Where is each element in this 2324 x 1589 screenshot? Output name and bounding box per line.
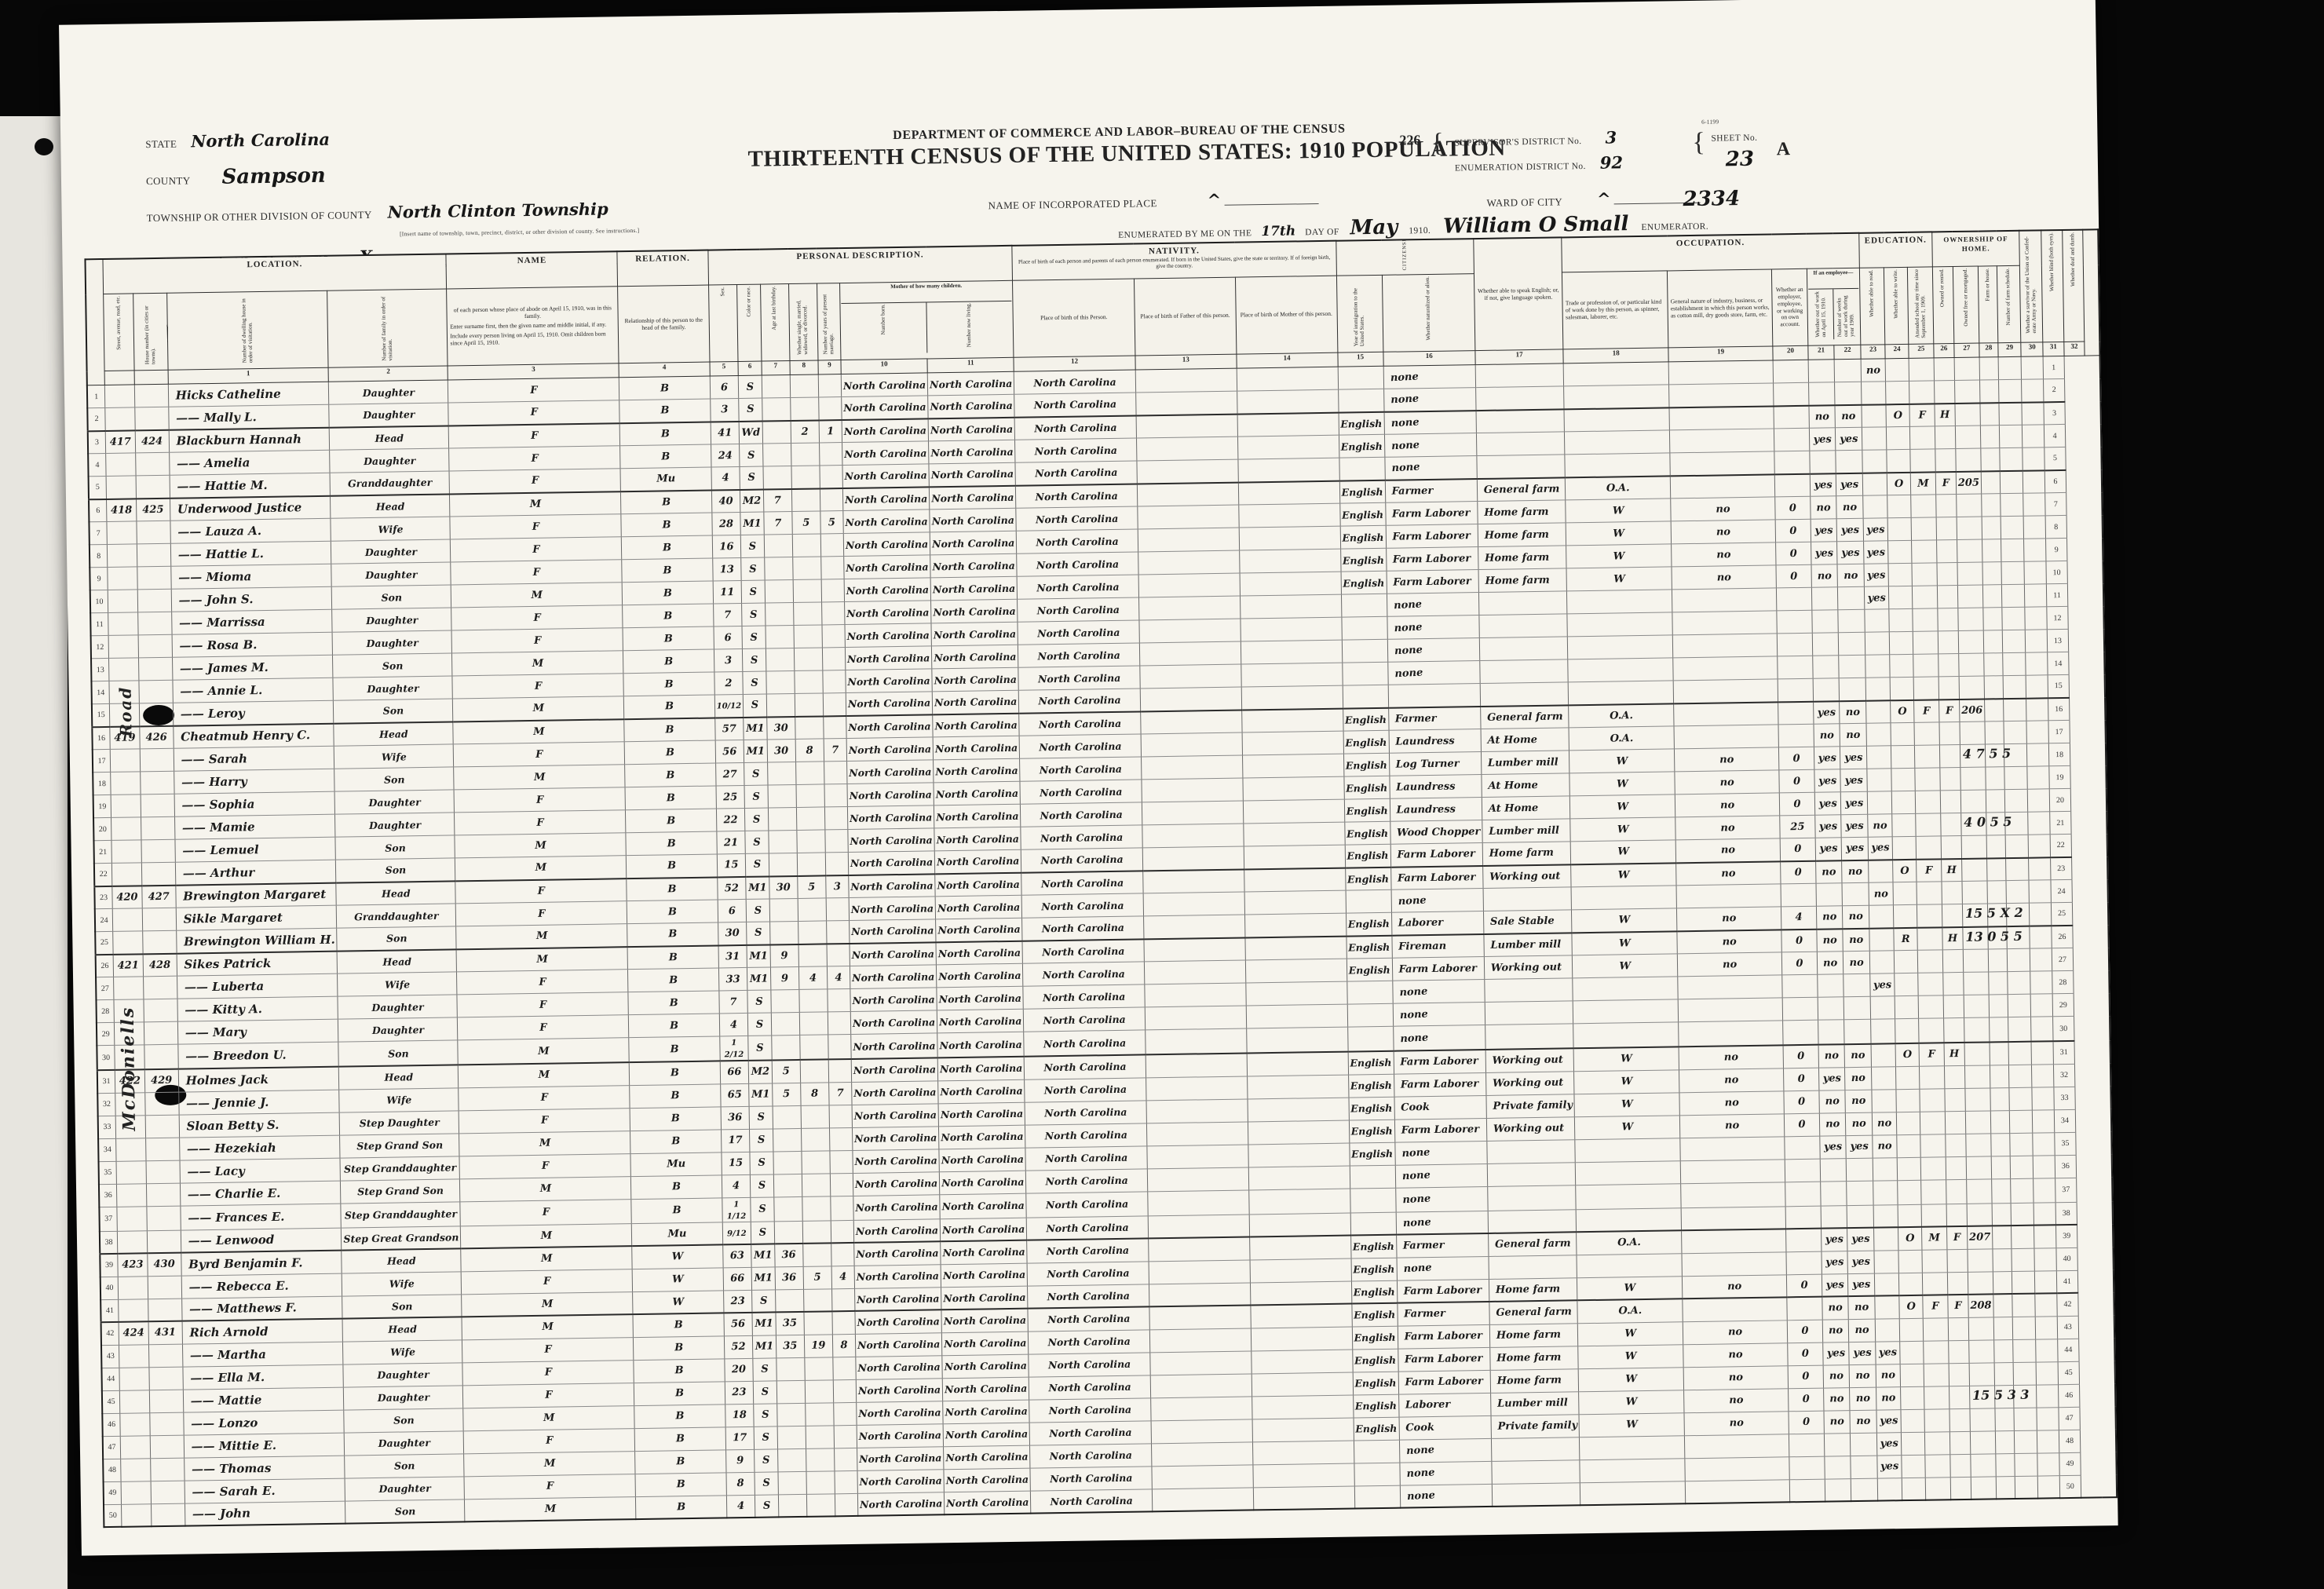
cell-fs bbox=[1955, 403, 1981, 426]
cell-rel: Head bbox=[336, 881, 455, 905]
cell-fam: 427 bbox=[141, 885, 175, 908]
cell-eng: English bbox=[1344, 798, 1390, 822]
cell-fm bbox=[1910, 449, 1935, 472]
cell-sex: F bbox=[457, 992, 628, 1017]
cell-rd: no bbox=[1811, 496, 1837, 519]
cell-fh: F bbox=[1935, 472, 1956, 495]
cell-name: Hicks Catheline bbox=[168, 382, 329, 407]
cell-trade: Farm Laborer bbox=[1397, 1279, 1489, 1303]
cell-dw bbox=[105, 407, 135, 431]
cell-rd bbox=[1818, 974, 1844, 997]
row-number: 15 bbox=[92, 703, 110, 726]
cell-ind: Home farm bbox=[1490, 1346, 1579, 1370]
cell-cl bbox=[820, 534, 844, 557]
cell-col: B bbox=[633, 1313, 724, 1337]
cell-yrs: 7 bbox=[764, 512, 792, 535]
cell-rd: yes bbox=[1811, 519, 1837, 542]
cell-bl bbox=[2004, 766, 2028, 789]
cell-rd: yes bbox=[1823, 1342, 1850, 1364]
cell-mar: S bbox=[750, 1151, 773, 1174]
cell-trade: none bbox=[1395, 1186, 1488, 1212]
cell-emp bbox=[1577, 1253, 1682, 1277]
cell-cb bbox=[805, 1379, 833, 1403]
cell-own bbox=[1888, 563, 1912, 586]
cell-bl bbox=[2001, 493, 2024, 516]
cell-ind: Home farm bbox=[1478, 546, 1566, 570]
cell-wr: no bbox=[1845, 1090, 1872, 1112]
cell-mar: S bbox=[741, 580, 765, 603]
cell-own: O bbox=[1891, 700, 1914, 722]
cell-eng bbox=[1346, 889, 1391, 913]
cell-name: —— James M. bbox=[172, 655, 333, 680]
cell-eng: English bbox=[1353, 1394, 1398, 1418]
cell-eng: English bbox=[1348, 1074, 1394, 1098]
cell-trade: none bbox=[1383, 365, 1476, 389]
cell-eng bbox=[1347, 1026, 1393, 1051]
cell-col: B bbox=[627, 877, 718, 901]
cell-age: 56 bbox=[715, 740, 744, 763]
row-number: 33 bbox=[98, 1116, 116, 1138]
cell-bl bbox=[2011, 1203, 2034, 1226]
cell-fam bbox=[141, 816, 174, 840]
cell-bp1: North Carolina bbox=[857, 1423, 944, 1448]
supervisor-value: 3 bbox=[1605, 127, 1617, 147]
cell-nat bbox=[1245, 936, 1347, 960]
cell-fam bbox=[136, 475, 170, 499]
cell-yrs bbox=[778, 1494, 806, 1518]
cell-rd bbox=[1825, 1478, 1851, 1501]
cell-rel: Daughter bbox=[335, 790, 455, 814]
cell-fh bbox=[1939, 744, 1960, 767]
row-number: 34 bbox=[98, 1138, 116, 1161]
cell-imm bbox=[1138, 573, 1240, 597]
cell-ind bbox=[1483, 887, 1572, 911]
cell-df bbox=[2036, 1361, 2058, 1384]
row-number: 37 bbox=[2055, 1178, 2077, 1202]
cell-bp3: North Carolina bbox=[1023, 984, 1145, 1009]
cell-fs bbox=[1968, 1317, 1994, 1339]
cell-rd: no bbox=[1819, 1090, 1846, 1112]
cell-col: Mu bbox=[632, 1222, 723, 1246]
cell-eng bbox=[1350, 1188, 1395, 1213]
cell-bp1: North Carolina bbox=[857, 1469, 945, 1493]
cell-eng: English bbox=[1339, 480, 1385, 503]
cell-name: —— John bbox=[185, 1501, 345, 1526]
cell-fh: H bbox=[1941, 858, 1961, 881]
cell-rd: no bbox=[1823, 1364, 1850, 1387]
cell-imm bbox=[1136, 414, 1237, 438]
cell-mar: S bbox=[754, 1426, 777, 1448]
cell-sex: F bbox=[451, 628, 623, 653]
cell-bp2: North Carolina bbox=[943, 1400, 1030, 1424]
cell-vet bbox=[1984, 676, 2003, 699]
cell-bp1: North Carolina bbox=[852, 1126, 939, 1150]
cell-bp2: North Carolina bbox=[928, 394, 1015, 418]
cell-fm: M bbox=[1922, 1226, 1947, 1249]
cell-own bbox=[1891, 722, 1914, 745]
cell-ow: no bbox=[1672, 565, 1776, 590]
cell-rd: no bbox=[1817, 929, 1843, 952]
cell-rd bbox=[1813, 678, 1840, 701]
cell-fs bbox=[1957, 562, 1983, 585]
column-number: 21 bbox=[1808, 345, 1835, 360]
cell-bp2: North Carolina bbox=[936, 918, 1023, 942]
cell-bp2: North Carolina bbox=[930, 531, 1017, 555]
row-number: 1 bbox=[2043, 356, 2064, 378]
cell-df bbox=[2031, 1041, 2053, 1064]
cell-yrs bbox=[776, 1380, 805, 1404]
cell-fs bbox=[1967, 1203, 1993, 1226]
cell-yrs: 7 bbox=[763, 489, 791, 513]
cell-cb bbox=[795, 716, 823, 740]
column-number: 24 bbox=[1885, 344, 1909, 358]
cell-bp3: North Carolina bbox=[1020, 757, 1142, 781]
cell-emp: W bbox=[1579, 1367, 1684, 1391]
cell-wr: yes bbox=[1836, 427, 1862, 450]
row-number: 20 bbox=[2049, 788, 2070, 811]
cell-sex: M bbox=[453, 696, 624, 721]
cell-ind bbox=[1480, 682, 1569, 707]
column-head-sex: Sex. bbox=[708, 285, 738, 363]
cell-trade: none bbox=[1399, 1461, 1492, 1485]
cell-yrs bbox=[765, 602, 793, 626]
cell-ow: no bbox=[1672, 542, 1776, 567]
cell-eng: English bbox=[1339, 502, 1385, 526]
cell-cl: 1 bbox=[819, 420, 842, 443]
row-number: 29 bbox=[2052, 993, 2074, 1016]
cell-sex: F bbox=[450, 514, 621, 539]
cell-rel: Daughter bbox=[329, 403, 448, 427]
cell-bl bbox=[2012, 1294, 2036, 1317]
cell-fh bbox=[1950, 1454, 1971, 1477]
cell-name: —— Jennie J. bbox=[178, 1090, 339, 1115]
cell-fs bbox=[1969, 1362, 1995, 1385]
cell-cb: 2 bbox=[791, 420, 819, 444]
cell-rd: yes bbox=[1809, 428, 1836, 451]
cell-bp3: North Carolina bbox=[1022, 916, 1144, 941]
cell-bl bbox=[2008, 971, 2031, 994]
cell-ind: Working out bbox=[1484, 955, 1573, 980]
cell-fs bbox=[1954, 380, 1980, 403]
cell-sex: F bbox=[458, 1015, 629, 1040]
cell-name: —— Frances E. bbox=[181, 1204, 342, 1230]
cell-emp: W bbox=[1566, 567, 1672, 591]
column-head-employee: If an employee—Wheth­er out of work on A… bbox=[1807, 268, 1860, 345]
enumerator-name: William O Small bbox=[1443, 212, 1629, 239]
cell-bp1: North Carolina bbox=[852, 1103, 939, 1127]
cell-bp3: North Carolina bbox=[1027, 1238, 1149, 1262]
cell-own bbox=[1900, 1341, 1924, 1364]
cell-yrs bbox=[762, 421, 791, 444]
cell-name: —— Martha bbox=[182, 1342, 343, 1367]
cell-ow bbox=[1682, 1229, 1786, 1253]
row-number: 19 bbox=[2049, 765, 2070, 788]
scan-left-margin bbox=[0, 116, 68, 1589]
cell-fm bbox=[1922, 1272, 1947, 1295]
cell-ind bbox=[1487, 1139, 1576, 1163]
cell-bp1: North Carolina bbox=[853, 1171, 940, 1196]
cell-rd: no bbox=[1816, 906, 1843, 929]
cell-df bbox=[2028, 789, 2050, 812]
cell-wk: 0 bbox=[1775, 519, 1811, 542]
cell-ow bbox=[1685, 1434, 1789, 1458]
cell-name: —— Lonzo bbox=[183, 1410, 344, 1435]
row-number: 31 bbox=[97, 1070, 115, 1093]
cell-df bbox=[2027, 766, 2049, 789]
cell-own bbox=[1901, 1386, 1924, 1409]
cell-nat bbox=[1244, 913, 1346, 937]
cell-fh bbox=[1936, 517, 1957, 540]
cell-fs bbox=[1966, 1133, 1992, 1156]
cell-cb bbox=[799, 1012, 828, 1036]
cell-fh bbox=[1936, 540, 1957, 563]
cell-fam: 430 bbox=[147, 1253, 181, 1277]
cell-sex: M bbox=[456, 947, 627, 972]
cell-ind: Lumber mill bbox=[1482, 819, 1571, 843]
cell-rel: Daughter bbox=[344, 1385, 463, 1409]
cell-bp2: North Carolina bbox=[937, 1057, 1025, 1081]
cell-bl bbox=[2012, 1271, 2035, 1294]
day-of-label: DAY OF bbox=[1305, 228, 1339, 238]
cell-own bbox=[1902, 1478, 1926, 1500]
cell-yrs bbox=[777, 1426, 806, 1449]
cell-rel: Son bbox=[336, 858, 455, 882]
cell-wk: 0 bbox=[1780, 838, 1815, 861]
cell-emp bbox=[1568, 658, 1673, 682]
cell-bp2: North Carolina bbox=[935, 895, 1022, 919]
cell-name: —— Marrissa bbox=[171, 609, 332, 634]
cell-fm bbox=[1913, 654, 1938, 677]
cell-cl bbox=[825, 852, 849, 875]
cell-wk: 0 bbox=[1776, 542, 1811, 565]
column-head-industry: General nature of industry, business, or… bbox=[1668, 269, 1773, 348]
cell-col: B bbox=[630, 1129, 722, 1153]
row-number: 39 bbox=[100, 1254, 118, 1277]
cell-mar: S bbox=[740, 466, 763, 489]
cell-wr: yes bbox=[1847, 1251, 1874, 1273]
cell-df bbox=[2029, 857, 2051, 880]
cell-bp3: North Carolina bbox=[1017, 575, 1138, 599]
cell-cl bbox=[831, 1243, 854, 1266]
cell-age: 6 bbox=[718, 899, 747, 922]
cell-rel: Daughter bbox=[333, 630, 452, 655]
cell-sex: F bbox=[464, 1474, 635, 1499]
cell-wr bbox=[1851, 1478, 1878, 1501]
cell-cl bbox=[826, 897, 850, 920]
cell-rd: yes bbox=[1820, 1135, 1847, 1158]
cell-sch bbox=[1865, 655, 1891, 678]
row-number: 7 bbox=[89, 521, 107, 544]
cell-name: —— Amelia bbox=[169, 450, 330, 475]
cell-bp3: North Carolina bbox=[1015, 461, 1137, 485]
cell-cb bbox=[806, 1425, 834, 1448]
cell-vet bbox=[1983, 608, 2002, 630]
cell-rel: Son bbox=[335, 835, 455, 860]
cell-trade: Farm Laborer bbox=[1398, 1347, 1490, 1372]
cell-fm bbox=[1920, 1065, 1945, 1088]
row-number: 13 bbox=[2047, 629, 2068, 652]
cell-bp2: North Carolina bbox=[937, 1009, 1024, 1033]
cell-age: 1 2/12 bbox=[719, 1036, 748, 1061]
cell-dw bbox=[119, 1299, 148, 1322]
cell-eng: English bbox=[1348, 1051, 1394, 1075]
cell-bp3: North Carolina bbox=[1014, 415, 1136, 440]
cell-rd: yes bbox=[1813, 701, 1840, 724]
cell-name: —— Mary bbox=[177, 1019, 338, 1044]
cell-df bbox=[2037, 1407, 2059, 1430]
row-number: 13 bbox=[91, 658, 109, 681]
cell-fm: F bbox=[1919, 1043, 1944, 1065]
row-number: 42 bbox=[2057, 1293, 2078, 1316]
cell-fam bbox=[151, 1503, 185, 1527]
cell-age: 63 bbox=[722, 1244, 751, 1268]
cell-sch: no bbox=[1876, 1386, 1901, 1409]
cell-mar: S bbox=[745, 808, 769, 831]
cell-bp1: North Carolina bbox=[844, 555, 931, 579]
cell-bl bbox=[2010, 1133, 2033, 1156]
cell-vet bbox=[1995, 1408, 2014, 1430]
cell-nat bbox=[1237, 389, 1338, 414]
cell-col: B bbox=[626, 809, 717, 833]
cell-trade: none bbox=[1399, 1438, 1492, 1463]
cell-bl bbox=[2001, 584, 2025, 607]
cell-bp1: North Carolina bbox=[842, 396, 929, 420]
cell-nat bbox=[1244, 845, 1345, 869]
cell-nat bbox=[1241, 708, 1343, 732]
cell-nat bbox=[1253, 1463, 1354, 1488]
cell-cb bbox=[802, 1173, 830, 1196]
cell-col: B bbox=[628, 991, 719, 1015]
cell-trade: none bbox=[1384, 433, 1477, 458]
cell-rel: Head bbox=[342, 1317, 462, 1341]
cell-trade: Laundress bbox=[1389, 775, 1482, 799]
cell-emp: O.A. bbox=[1577, 1299, 1683, 1323]
cell-cl bbox=[833, 1402, 857, 1425]
cell-imm bbox=[1147, 1167, 1248, 1191]
column-number: 6 bbox=[738, 361, 762, 375]
cell-fs bbox=[1961, 858, 1987, 881]
cell-nat bbox=[1240, 594, 1341, 619]
cell-age: 56 bbox=[724, 1313, 753, 1336]
cell-bl bbox=[2010, 1156, 2033, 1178]
cell-mar: S bbox=[743, 671, 766, 694]
cell-mar: S bbox=[744, 785, 768, 808]
cell-dw bbox=[106, 453, 136, 477]
cell-col: B bbox=[627, 900, 718, 924]
column-head-owned-rented: Owned or rented. bbox=[1932, 267, 1953, 344]
cell-own bbox=[1892, 836, 1916, 859]
cell-sex: M bbox=[455, 856, 627, 881]
sheet-stamp: 2334 bbox=[1683, 187, 1740, 211]
group-nativity: NATIVITY.Place of birth of each person a… bbox=[1012, 241, 1336, 281]
cell-wr: no bbox=[1846, 1112, 1873, 1135]
cell-sex: M bbox=[461, 1246, 632, 1271]
cell-wr: yes bbox=[1840, 746, 1867, 769]
cell-bp2: North Carolina bbox=[945, 1491, 1032, 1515]
cell-sch bbox=[1862, 450, 1887, 473]
cell-wk bbox=[1789, 1434, 1824, 1457]
cell-vet bbox=[1995, 1430, 2014, 1453]
cell-emp: W bbox=[1566, 499, 1671, 523]
cell-ow bbox=[1679, 1021, 1783, 1047]
cell-age: 66 bbox=[723, 1267, 752, 1291]
cell-vet bbox=[1984, 653, 2003, 676]
cell-df bbox=[2033, 1202, 2055, 1225]
cell-cb bbox=[799, 989, 828, 1013]
cell-name: —— Rebecca E. bbox=[181, 1273, 342, 1299]
cell-bp3: North Carolina bbox=[1027, 1261, 1149, 1285]
cell-wr: no bbox=[1850, 1387, 1876, 1410]
cell-ow: no bbox=[1677, 952, 1781, 977]
cell-cl bbox=[833, 1379, 857, 1402]
cell-bp3: North Carolina bbox=[1019, 711, 1141, 736]
cell-vet bbox=[1993, 1248, 2012, 1271]
cell-dw bbox=[117, 1206, 147, 1231]
cell-emp bbox=[1573, 1022, 1679, 1048]
cell-trade: Farm Laborer bbox=[1394, 1118, 1487, 1142]
cell-rel: Granddaughter bbox=[337, 904, 456, 928]
row-number: 32 bbox=[2054, 1064, 2075, 1087]
cell-wr: no bbox=[1840, 700, 1866, 723]
cell-yrs: 36 bbox=[775, 1266, 803, 1290]
cell-nat bbox=[1238, 458, 1339, 482]
cell-vet bbox=[1993, 1294, 2012, 1317]
cell-ind bbox=[1476, 409, 1565, 433]
cell-name: —— Luberta bbox=[177, 973, 338, 999]
cell-df bbox=[2032, 1087, 2054, 1109]
cell-sex: F bbox=[464, 1428, 635, 1453]
row-number: 16 bbox=[2048, 697, 2070, 720]
cell-bp1: North Carolina bbox=[846, 692, 933, 716]
cell-col: B bbox=[623, 604, 714, 628]
row-number: 34 bbox=[2054, 1109, 2075, 1132]
cell-fam bbox=[149, 1390, 183, 1413]
cell-own bbox=[1897, 1134, 1920, 1157]
row-number: 4 bbox=[88, 453, 106, 476]
row-number: 6 bbox=[89, 499, 107, 521]
row-number: 38 bbox=[2055, 1202, 2077, 1225]
cell-imm bbox=[1137, 459, 1238, 484]
cell-dw bbox=[110, 749, 140, 773]
cell-sch: no bbox=[1861, 359, 1886, 382]
cell-sex: F bbox=[463, 1383, 634, 1408]
cell-col: B bbox=[625, 763, 716, 787]
cell-cl: 8 bbox=[832, 1334, 856, 1357]
cell-cb bbox=[806, 1448, 834, 1471]
cell-df bbox=[2025, 607, 2047, 630]
cell-wr: yes bbox=[1836, 473, 1863, 495]
cell-ind bbox=[1479, 637, 1568, 661]
cell-yrs bbox=[764, 535, 792, 558]
cell-bp2: North Carolina bbox=[928, 417, 1015, 441]
cell-yrs bbox=[766, 625, 794, 648]
cell-vet bbox=[1982, 539, 2001, 562]
cell-imm bbox=[1142, 846, 1244, 871]
cell-wr bbox=[1835, 382, 1862, 404]
cell-eng: English bbox=[1344, 821, 1390, 845]
cell-trade: none bbox=[1384, 411, 1477, 435]
cell-bl bbox=[2005, 835, 2029, 857]
row-number: 45 bbox=[102, 1390, 120, 1413]
cell-fs: 15 5 3 3 bbox=[1969, 1385, 1995, 1408]
cell-imm bbox=[1145, 983, 1246, 1007]
cell-emp bbox=[1564, 385, 1669, 409]
cell-sex: M bbox=[458, 1038, 629, 1065]
cell-rel: Son bbox=[345, 1453, 464, 1478]
cell-age: 9 bbox=[725, 1449, 755, 1473]
cell-yrs bbox=[773, 1105, 801, 1129]
cell-age: 24 bbox=[711, 444, 740, 467]
